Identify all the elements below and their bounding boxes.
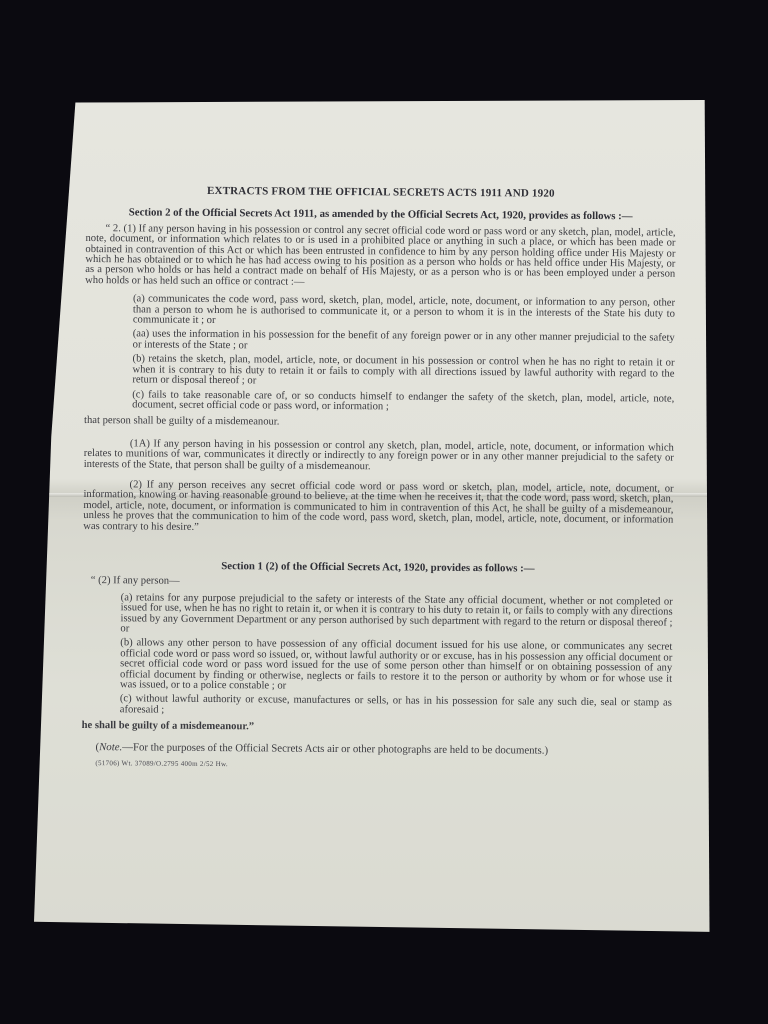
note-text: —For the purposes of the Official Secret…	[122, 741, 548, 756]
photo-stage: EXTRACTS FROM THE OFFICIAL SECRETS ACTS …	[0, 0, 768, 1024]
section-2-item-b: (b) retains the sketch, plan, model, art…	[132, 355, 674, 390]
note: (Note.—For the purposes of the Official …	[95, 742, 671, 757]
section-2-item-aa: (aa) uses the information in his possess…	[133, 330, 675, 355]
section-1-2-heading-bold: Section 1 (2) of the Official Secrets Ac…	[221, 560, 428, 574]
section-1-2-lead: “ (2) If any person—	[91, 576, 673, 591]
section-2-subsection-2: (2) If any person receives any secret of…	[83, 480, 673, 537]
section-2-closing: that person shall be guilty of a misdeme…	[84, 416, 674, 431]
section-2-heading: Section 2 of the Official Secrets Act 19…	[86, 207, 676, 222]
section-1-2-heading-rest: provides as follows :—	[428, 562, 535, 575]
document-content: EXTRACTS FROM THE OFFICIAL SECRETS ACTS …	[81, 175, 676, 773]
section-2-subsection-1a: (1A) If any person having in his possess…	[84, 439, 674, 475]
section-1-2-item-b: (b) allows any other person to have poss…	[120, 639, 672, 695]
section-2-item-a: (a) communicates the code word, pass wor…	[133, 295, 675, 330]
document-title: EXTRACTS FROM THE OFFICIAL SECRETS ACTS …	[86, 185, 676, 200]
section-2-subsection-1: “ 2. (1) If any person having in his pos…	[85, 224, 675, 291]
note-label: Note.	[99, 741, 122, 753]
section-2-item-c: (c) fails to take reasonable care of, or…	[132, 390, 674, 415]
section-1-2-item-a: (a) retains for any purpose prejudicial …	[120, 593, 672, 639]
section-1-2-closing: he shall be guilty of a misdemeanour.”	[82, 721, 672, 736]
section-1-2-item-c: (c) without lawful authority or excuse, …	[120, 695, 672, 720]
